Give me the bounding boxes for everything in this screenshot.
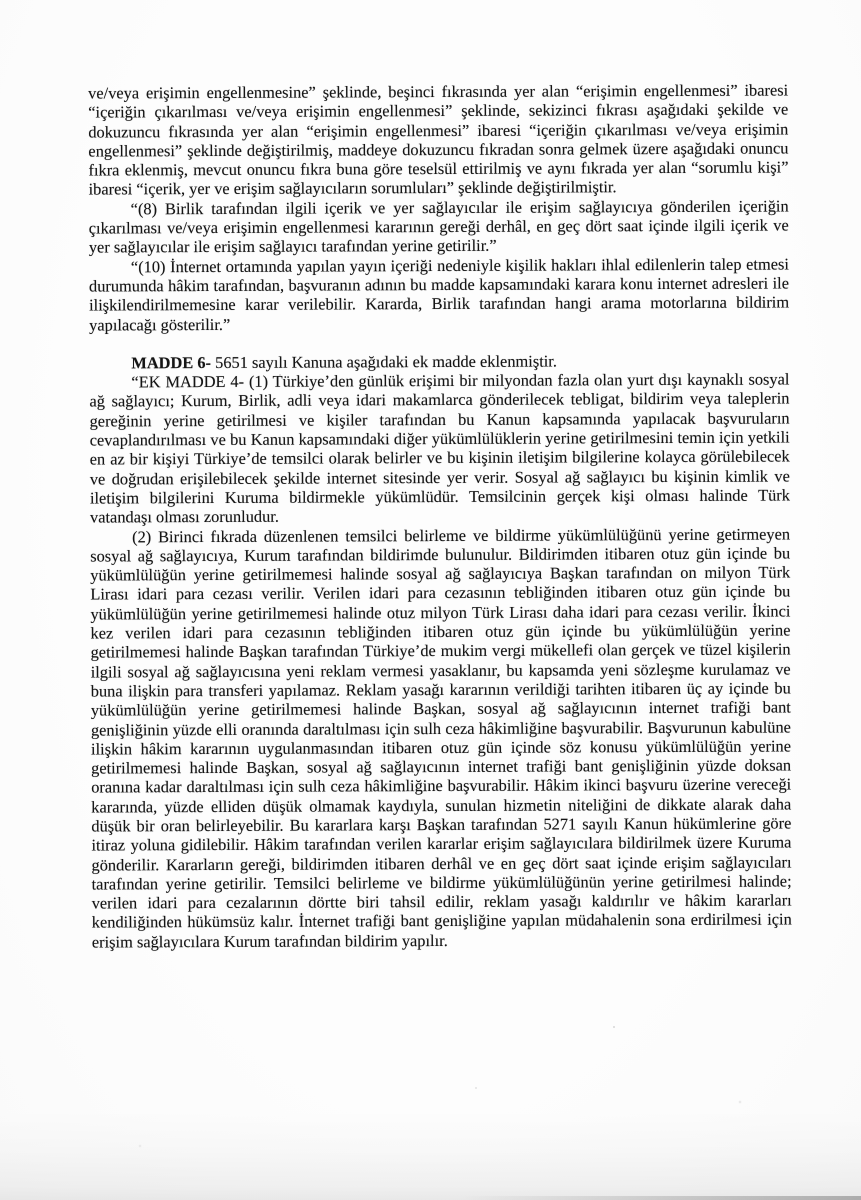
paragraph-ek-madde-4: “EK MADDE 4- (1) Türkiye’den günlük eriş… bbox=[89, 370, 790, 527]
scan-edge-artifact bbox=[461, 1196, 861, 1200]
scan-bottom-shadow bbox=[0, 1110, 861, 1200]
paragraph-amendment-intro: ve/veya erişimin engellenmesine” şeklind… bbox=[88, 80, 788, 199]
scanned-document-page: ve/veya erişimin engellenmesine” şeklind… bbox=[0, 0, 861, 1200]
document-text-block: ve/veya erişimin engellenmesine” şeklind… bbox=[88, 80, 792, 951]
paragraph-fikra-8: “(8) Birlik tarafından ilgili içerik ve … bbox=[89, 196, 789, 257]
paragraph-fikra-10: “(10) İnternet ortamında yapılan yayın i… bbox=[89, 254, 789, 334]
madde-6-text: 5651 sayılı Kanuna aşağıdaki ek madde ek… bbox=[211, 351, 557, 372]
madde-6-label: MADDE 6- bbox=[131, 353, 211, 372]
paragraph-fikra-2: (2) Birinci fıkrada düzenlenen temsilci … bbox=[90, 524, 792, 952]
